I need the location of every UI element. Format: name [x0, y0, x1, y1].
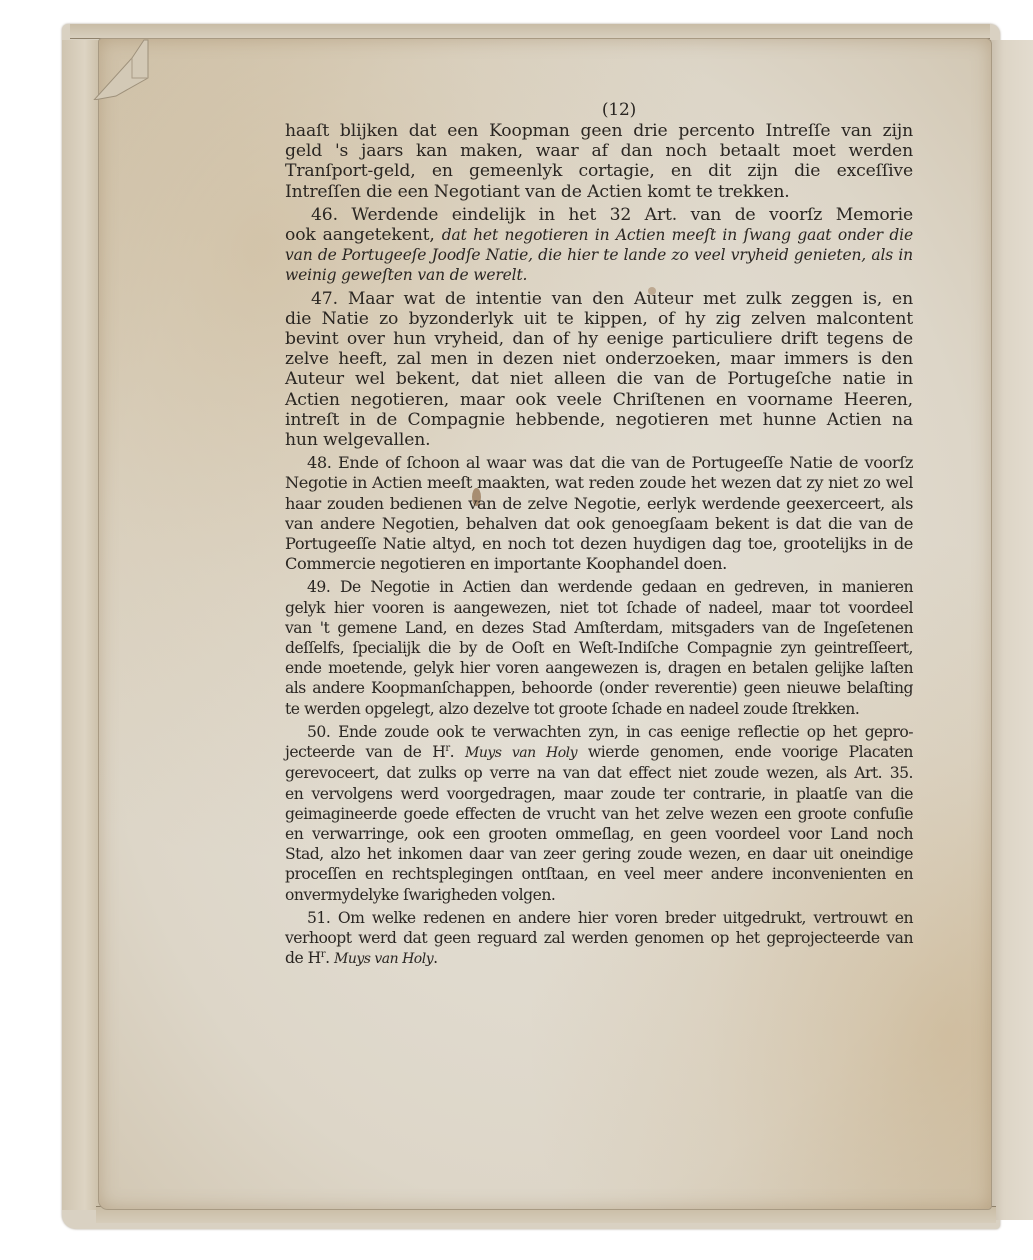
paragraph-46: 46. Werdende eindelijk in het 32 Art. va…	[285, 205, 913, 286]
text-line: ende moetende, gelyk hier voren aangewez…	[285, 658, 913, 678]
paragraph-49: 49. De Negotie in Actien dan werdende ge…	[285, 577, 913, 718]
text-line: van 't gemene Land, en dezes Stad Amſter…	[285, 618, 913, 638]
paragraph-48: 48. Ende of ſchoon al waar was dat die v…	[285, 453, 913, 574]
text-line: 46. Werdende eindelijk in het 32 Art. va…	[285, 205, 913, 225]
text-line: Stad, alzo het inkomen daar van zeer ger…	[285, 844, 913, 864]
text-line: Negotie in Actien meeſt maakten, wat red…	[285, 473, 913, 493]
document-text: (12) haaſt blijken dat een Koopman geen …	[285, 100, 913, 972]
text-line: intreſt in de Compagnie hebbende, negoti…	[285, 410, 913, 430]
text-line: en verwarringe, ook een grooten ommeſlag…	[285, 824, 913, 844]
text-line: haaſt blijken dat een Koopman geen drie …	[285, 121, 913, 141]
text-line: Tranſport-geld, en gemeenlyk cortagie, e…	[285, 161, 913, 181]
text-line: verhoopt werd dat geen reguard zal werde…	[285, 928, 913, 948]
text-line: de Hr. Muys van Holy.	[285, 948, 913, 969]
text-line: haar zouden bedienen van de zelve Negoti…	[285, 494, 913, 514]
text-line: hun welgevallen.	[285, 430, 913, 450]
text-line: Portugeeſſe Natie altyd, en noch tot dez…	[285, 534, 913, 554]
text-line: bevint over hun vryheid, dan of hy eenig…	[285, 329, 913, 349]
text-line: Actien negotieren, maar ook veele Chriſt…	[285, 390, 913, 410]
text-line: jecteerde van de Hr. Muys van Holy wierd…	[285, 742, 913, 763]
text-line: Intreſſen die een Negotiant van de Actie…	[285, 182, 913, 202]
text-line: geld 's jaars kan maken, waar af dan noc…	[285, 141, 913, 161]
paragraph-number: 47.	[311, 289, 338, 309]
paragraph-50: 50. Ende zoude ook te verwachten zyn, in…	[285, 722, 913, 905]
text-line: Commercie negotieren en importante Kooph…	[285, 554, 913, 574]
text-line: gerevoceert, dat zulks op verre na van d…	[285, 763, 913, 783]
page-number: (12)	[285, 100, 913, 120]
text-line: 48. Ende of ſchoon al waar was dat die v…	[285, 453, 913, 473]
person-name: Muys van Holy	[334, 951, 433, 967]
paragraph-number: 48.	[307, 453, 332, 472]
text-line: en vervolgens werd voorgedragen, maar zo…	[285, 784, 913, 804]
paragraph-number: 46.	[311, 205, 338, 225]
text-line: te werden opgelegt, alzo dezelve tot gro…	[285, 699, 913, 719]
paragraph-47: 47. Maar wat de intentie van den Auteur …	[285, 289, 913, 451]
text-line: 49. De Negotie in Actien dan werdende ge…	[285, 577, 913, 597]
text-line: proceſſen en rechtsplegingen ontſtaan, e…	[285, 864, 913, 884]
text-line: die Natie zo byzonderlyk uit te kippen, …	[285, 309, 913, 329]
text-line: 51. Om welke redenen en andere hier vore…	[285, 908, 913, 928]
text-line: van andere Negotien, behalven dat ook ge…	[285, 514, 913, 534]
paragraph-number: 51.	[307, 909, 330, 927]
folded-corner-icon	[92, 38, 150, 100]
text-line: ook aangetekent, dat het negotieren in A…	[285, 225, 913, 245]
text-line: 47. Maar wat de intentie van den Auteur …	[285, 289, 913, 309]
text-line: deſſelfs, ſpecialijk die by de Ooſt en W…	[285, 638, 913, 658]
quoted-text: dat het negotieren in Actien meeſt in ſw…	[442, 226, 913, 244]
paragraph-number: 50.	[307, 723, 330, 741]
quoted-text: van de Portugeeſe Joodſe Natie, die hier…	[285, 245, 913, 265]
text-line: 50. Ende zoude ook te verwachten zyn, in…	[285, 722, 913, 742]
text-line: geimagineerde goede effecten de vrucht v…	[285, 804, 913, 824]
paragraph-51: 51. Om welke redenen en andere hier vore…	[285, 908, 913, 970]
page-left-margin-edge	[62, 40, 101, 1210]
text-line: als andere Koopmanſchappen, behoorde (on…	[285, 678, 913, 698]
person-name: Muys van Holy	[465, 745, 577, 761]
text-line: onvermydelyke ſwarigheden volgen.	[285, 885, 913, 905]
text-line: Auteur wel bekent, dat niet alleen die v…	[285, 369, 913, 389]
quoted-text: weinig geweſten van de werelt.	[285, 265, 913, 285]
text-line: zelve heeft, zal men in dezen niet onder…	[285, 349, 913, 369]
text-line: gelyk hier vooren is aangewezen, niet to…	[285, 598, 913, 618]
adjacent-page-edge	[990, 40, 1033, 1220]
page-top-edge	[70, 24, 990, 39]
paragraph-number: 49.	[307, 578, 330, 596]
paragraph-intro: haaſt blijken dat een Koopman geen drie …	[285, 121, 913, 202]
